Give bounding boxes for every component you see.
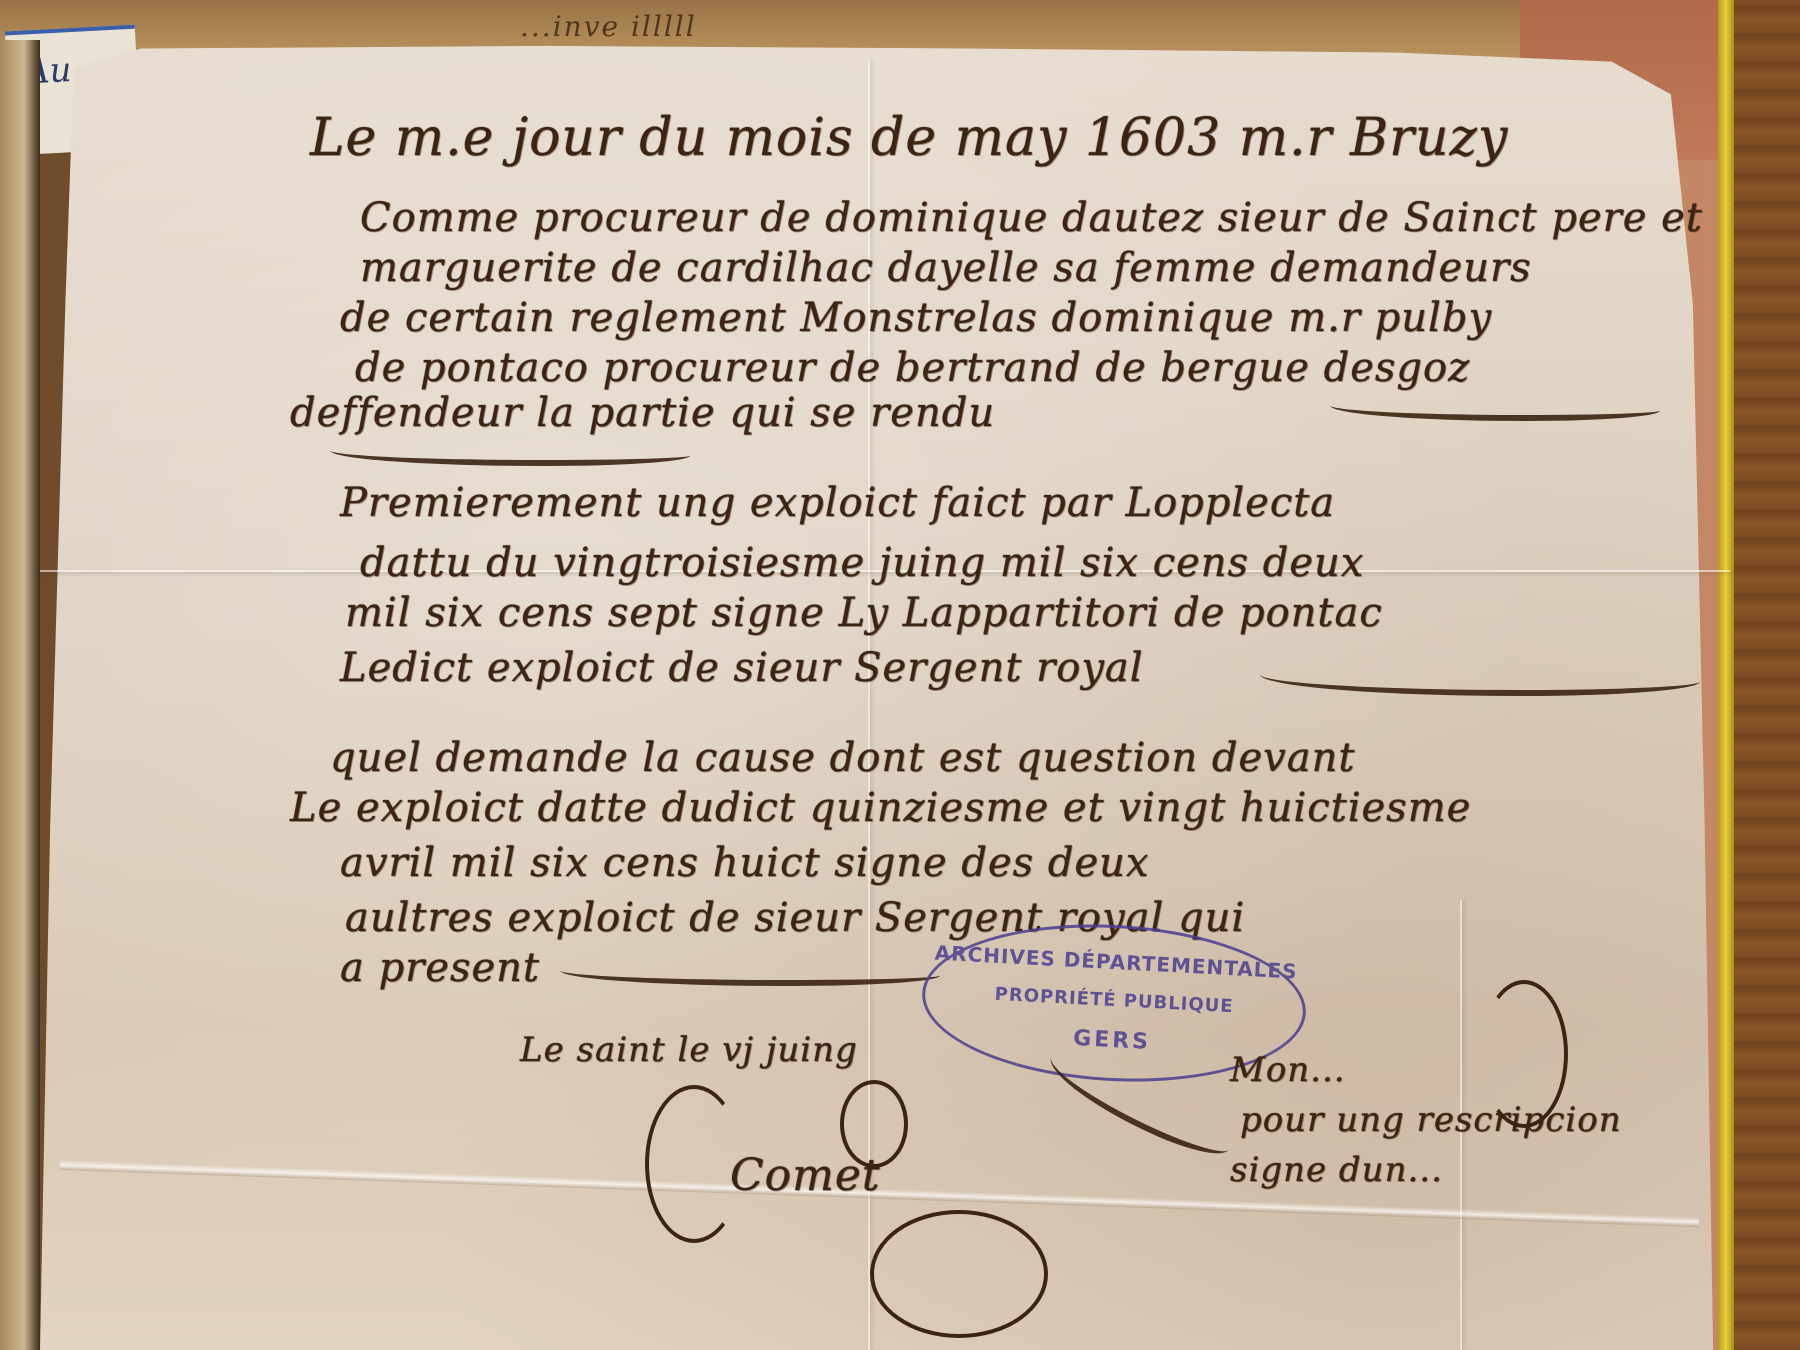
manuscript-line-2: Comme procureur de dominique dautez sieu… (360, 195, 1703, 241)
underlying-sheet-text: ...inve illlll (520, 10, 697, 43)
yellow-binding-strip (1718, 0, 1734, 1350)
manuscript-line-4: de certain reglement Monstrelas dominiqu… (340, 295, 1492, 341)
manuscript-line-10: Ledict exploict de sieur Sergent royal (340, 645, 1144, 691)
stamp-line-propriete: PROPRIÉTÉ PUBLIQUE (925, 980, 1304, 1021)
manuscript-line-13: avril mil six cens huict signe des deux (340, 840, 1149, 886)
manuscript-line-15: a present (340, 945, 540, 991)
manuscript-line-11: quel demande la cause dont est question … (330, 735, 1355, 781)
manuscript-line-8: dattu du vingtroisiesme juing mil six ce… (360, 540, 1364, 586)
wooden-surface (1734, 0, 1800, 1350)
manuscript-line-6: deffendeur la partie qui se rendu (290, 390, 995, 436)
manuscript-line-1: Le m.e jour du mois de may 1603 m.r Bruz… (310, 108, 1508, 168)
manuscript-line-5: de pontaco procureur de bertrand de berg… (355, 345, 1470, 391)
signature-loop (645, 1085, 743, 1243)
manuscript-line-12: Le exploict datte dudict quinziesme et v… (290, 785, 1471, 831)
date-line: Le saint le vj juing (520, 1030, 858, 1070)
signature-loop-right (1480, 980, 1568, 1128)
manuscript-line-3: marguerite de cardilhac dayelle sa femme… (360, 245, 1532, 291)
manuscript-line-7: Premierement ung exploict faict par Lopp… (340, 480, 1335, 526)
signature-right-line-1: Mon... (1230, 1050, 1346, 1090)
signature-right-line-3: signe dun... (1230, 1150, 1443, 1190)
signature-right-line-2: pour ung rescripcion (1240, 1100, 1622, 1140)
left-adjacent-sheet (0, 40, 40, 1350)
manuscript-line-9: mil six cens sept signe Ly Lappartitori … (345, 590, 1383, 636)
signature-paraph (870, 1210, 1048, 1338)
signature-left: Comet (730, 1150, 881, 1201)
